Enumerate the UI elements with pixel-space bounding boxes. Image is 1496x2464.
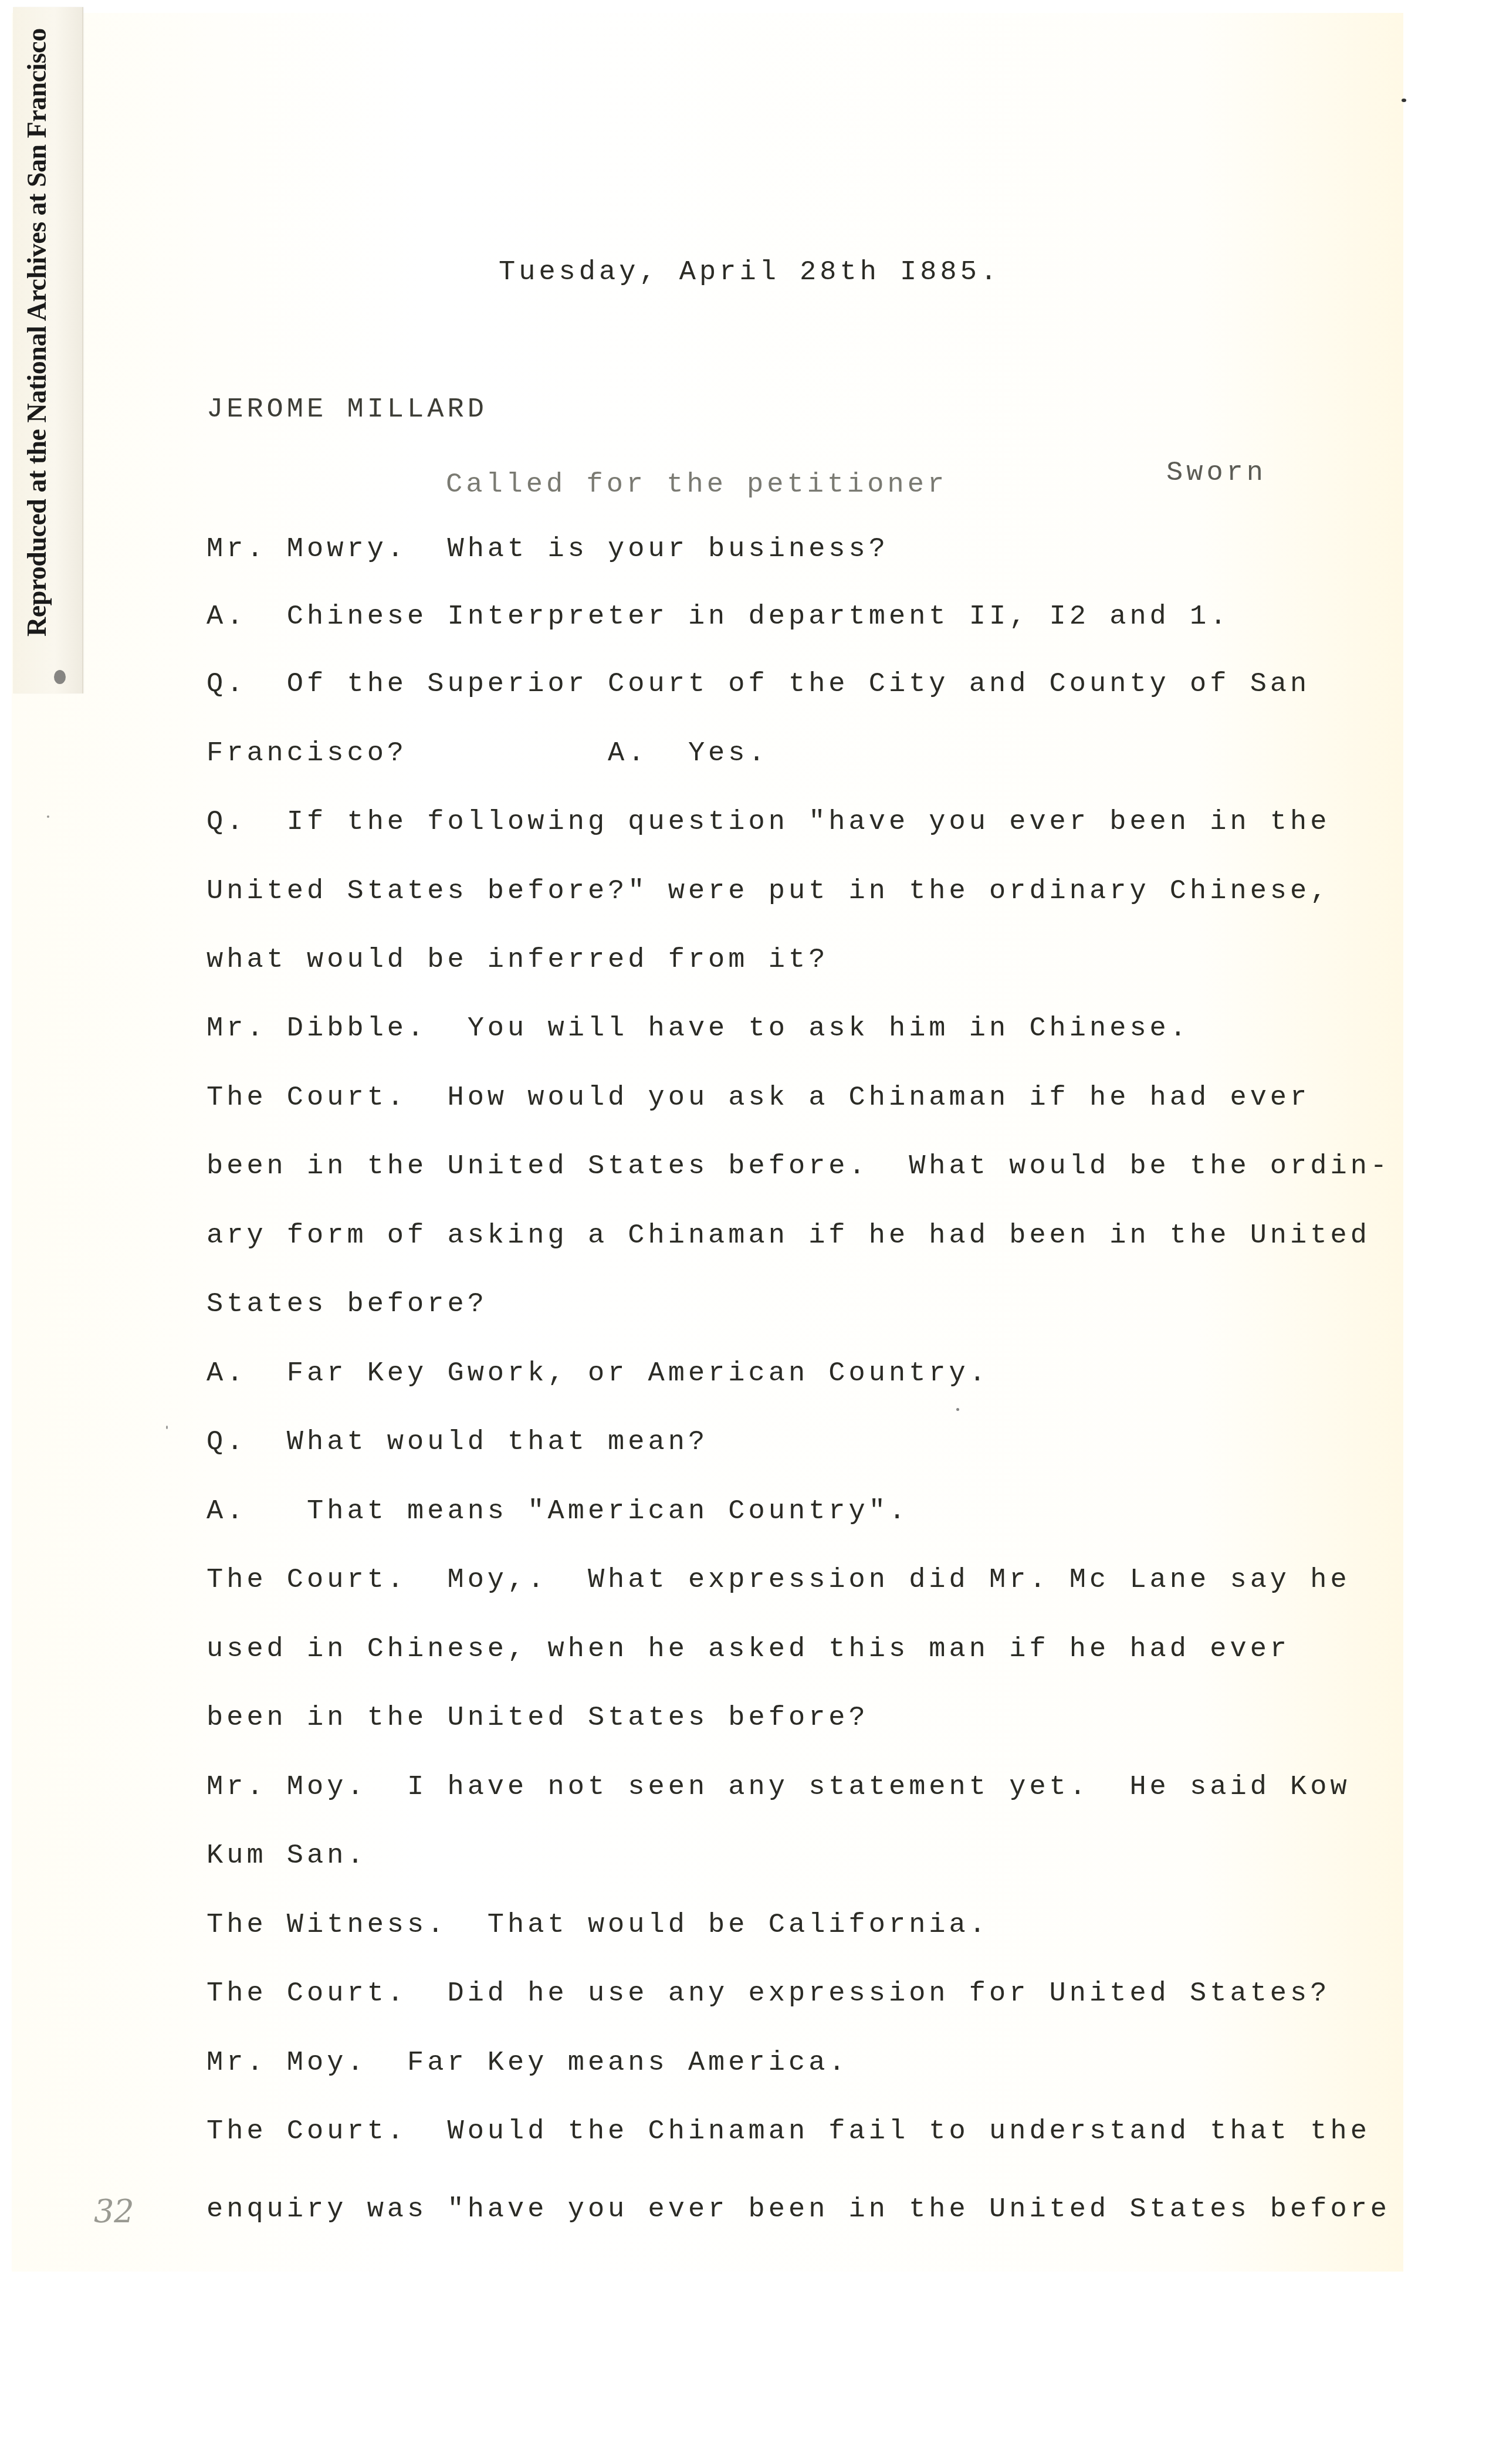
witness-called-for: Called for the petitioner [446, 469, 947, 500]
transcript-line: A. Chinese Interpreter in department II,… [207, 601, 1230, 632]
transcript-line: enquiry was "have you ever been in the U… [207, 2194, 1390, 2225]
transcript-line: used in Chinese, when he asked this man … [207, 1634, 1290, 1665]
transcript-line: The Court. Moy,. What expression did Mr.… [207, 1565, 1351, 1596]
archive-stamp-text: Reproduced at the National Archives at S… [21, 28, 52, 637]
transcript-line: Mr. Mowry. What is your business? [207, 534, 889, 565]
transcript-line: The Court. Would the Chinaman fail to un… [207, 2116, 1370, 2147]
transcript-line: Mr. Moy. Far Key means America. [207, 2047, 849, 2079]
ink-speck [1402, 99, 1406, 102]
transcript-line: The Court. Did he use any expression for… [207, 1978, 1330, 2009]
ink-speck [166, 1426, 168, 1429]
transcript-line: A. Far Key Gwork, or American Country. [207, 1358, 989, 1389]
transcript-line: The Court. How would you ask a Chinaman … [207, 1082, 1310, 1113]
transcript-line: been in the United States before. What w… [207, 1151, 1390, 1182]
transcript-line: The Witness. That would be California. [207, 1910, 989, 1941]
transcript-line: Mr. Dibble. You will have to ask him in … [207, 1013, 1190, 1044]
stamp-blot-mark [54, 670, 66, 684]
ink-speck [47, 815, 49, 818]
transcript-line: A. That means "American Country". [207, 1496, 909, 1527]
handwritten-page-number: 32 [94, 2193, 134, 2230]
transcript-line: ary form of asking a Chinaman if he had … [207, 1220, 1370, 1251]
document-date: Tuesday, April 28th I885. [499, 257, 1000, 288]
transcript-line: Q. Of the Superior Court of the City and… [207, 669, 1310, 700]
transcript-line: United States before?" were put in the o… [207, 876, 1330, 907]
transcript-line: Francisco? A. Yes. [207, 738, 769, 769]
witness-name: JEROME MILLARD [207, 394, 488, 425]
transcript-line: been in the United States before? [207, 1703, 869, 1734]
transcript-line: Kum San. [207, 1840, 367, 1871]
ink-speck [956, 1408, 959, 1411]
transcript-line: Q. If the following question "have you e… [207, 807, 1330, 838]
transcript-line: States before? [207, 1289, 488, 1320]
witness-sworn-status: Sworn [1166, 458, 1267, 489]
transcript-line: Q. What would that mean? [207, 1427, 708, 1458]
transcript-line: Mr. Moy. I have not seen any statement y… [207, 1772, 1351, 1803]
transcript-line: what would be inferred from it? [207, 945, 828, 976]
